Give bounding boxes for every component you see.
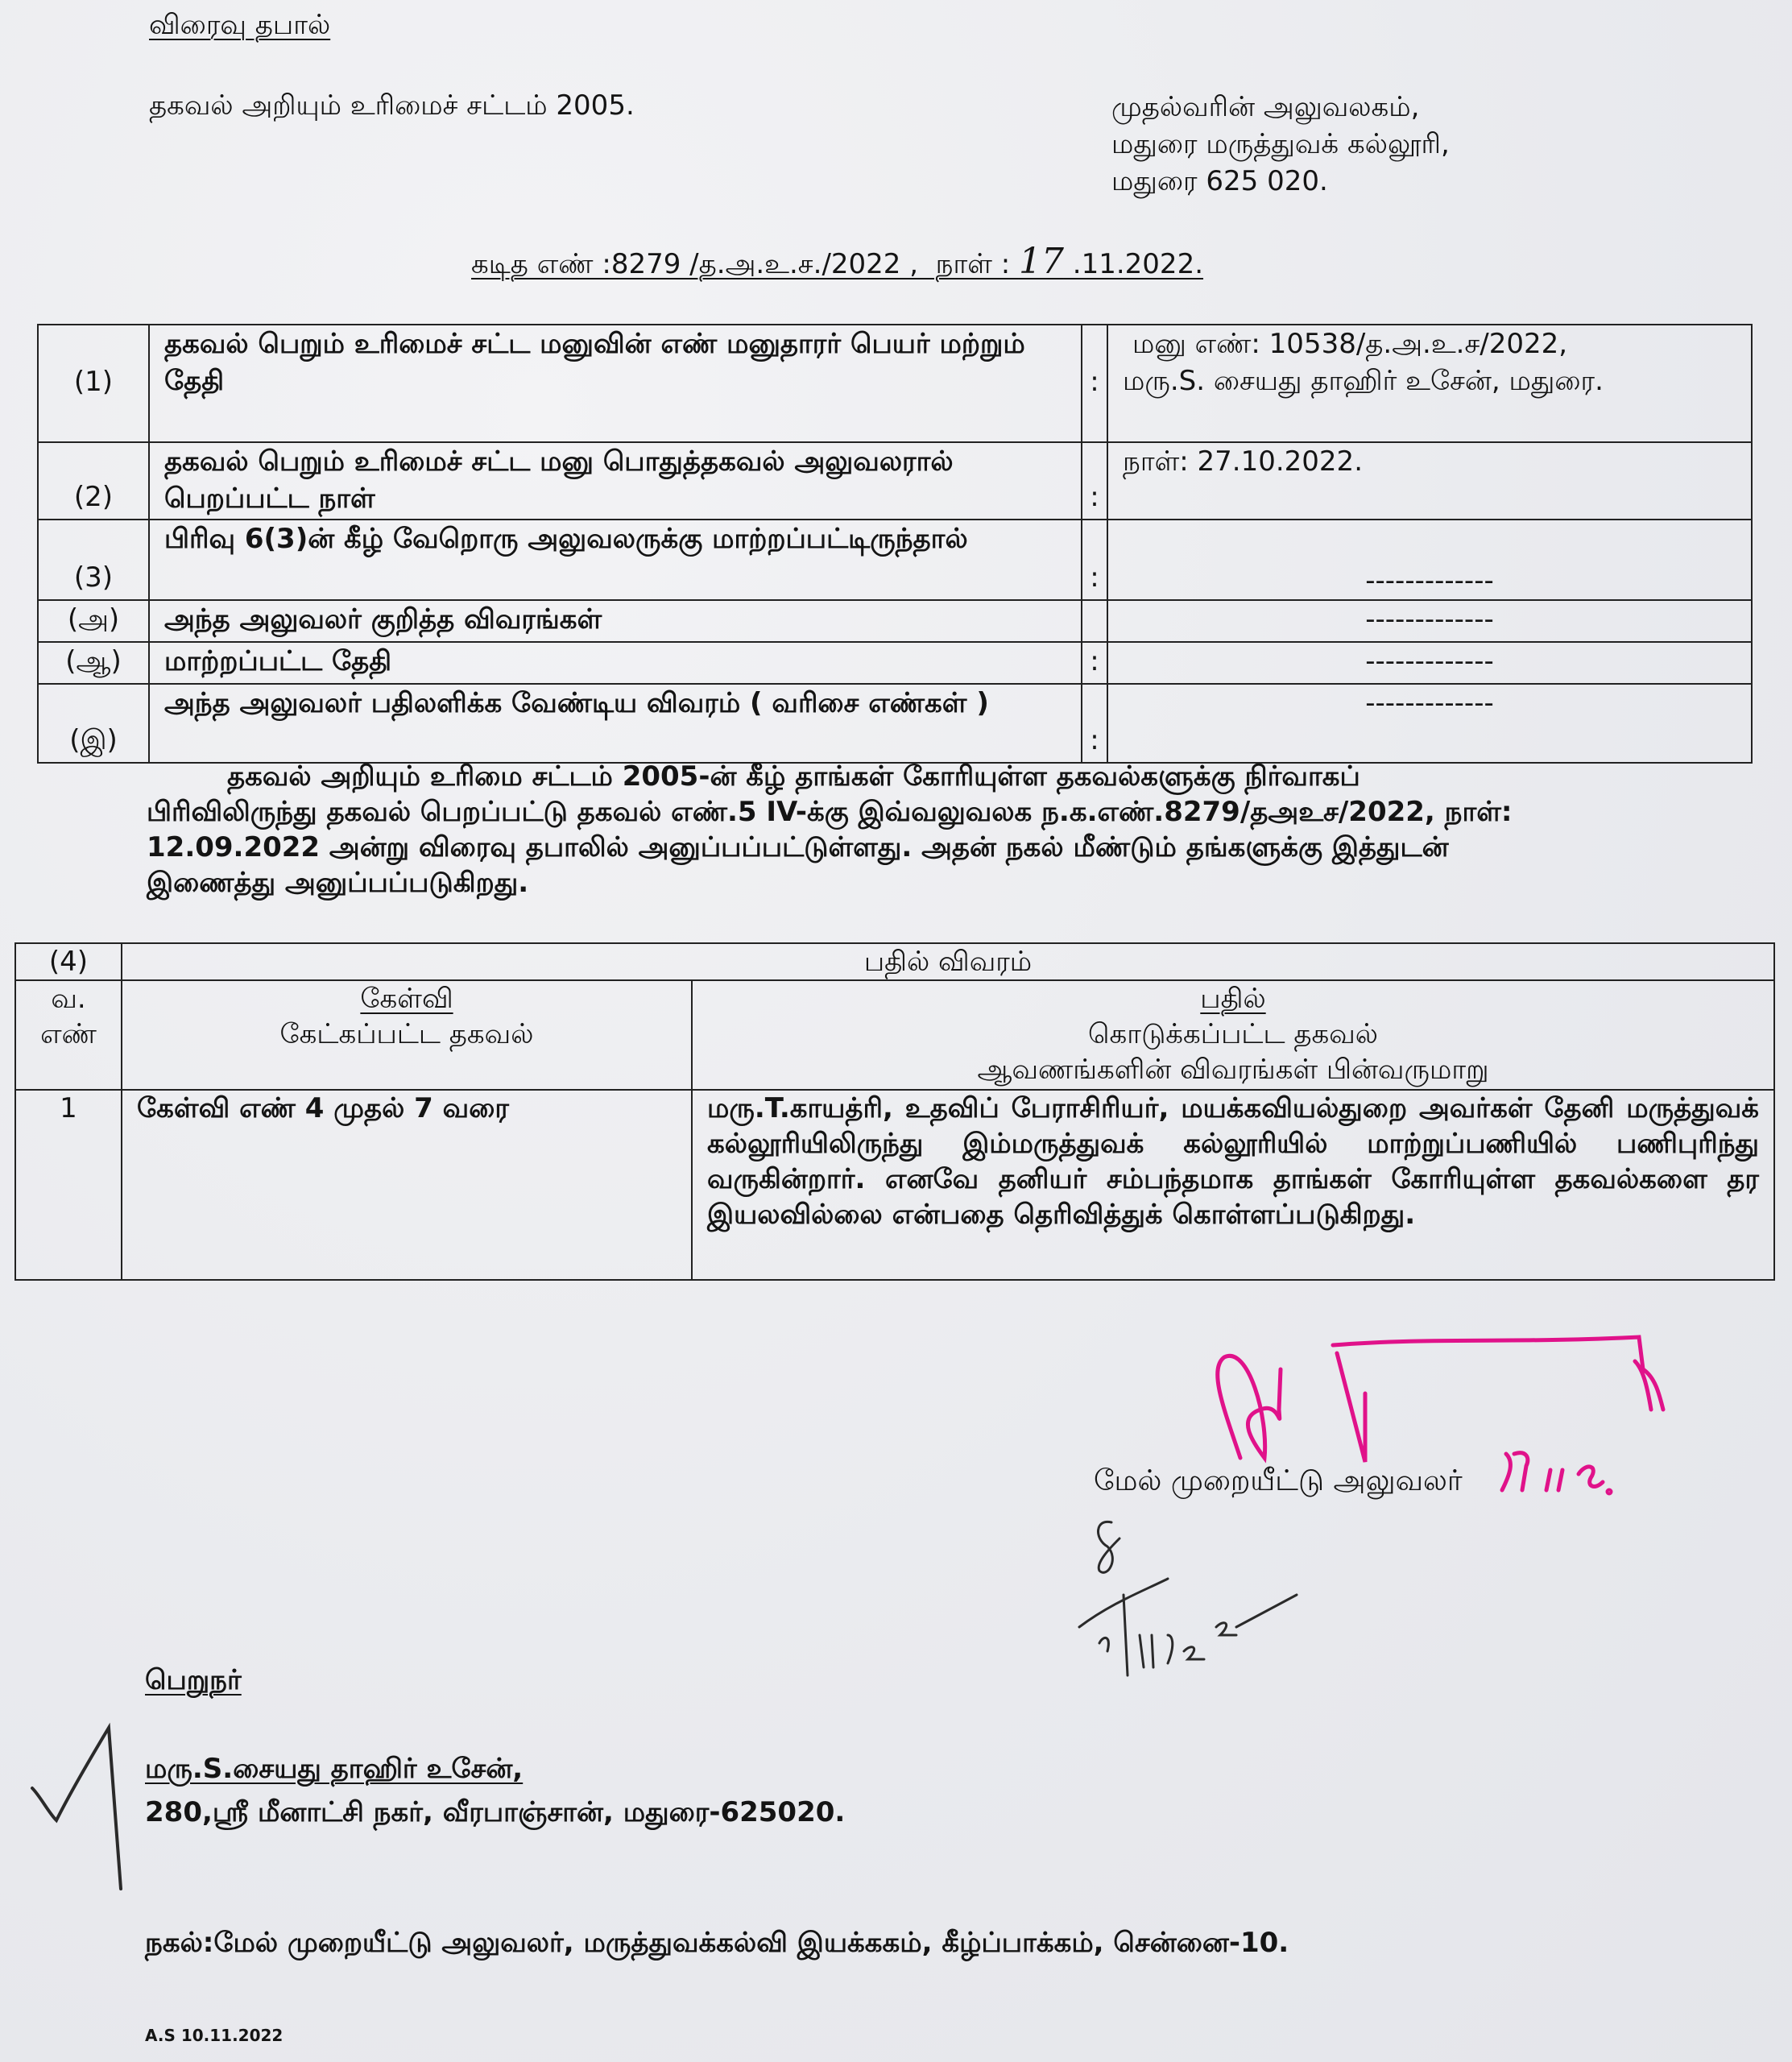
body-paragraph-text: தகவல் அறியும் உரிமை சட்டம் 2005-ன் கீழ் … xyxy=(147,760,1513,899)
row-value: மனு எண்: 10538/த.அ.உ.ச/2022, மரு.S. சையத… xyxy=(1107,325,1752,442)
col-header-sno: வ. எண் xyxy=(15,980,122,1090)
handwritten-date-day: 17 xyxy=(1019,241,1064,282)
reply-table: (4) பதில் விவரம் வ. எண் கேள்வி கேட்கப்பட… xyxy=(14,942,1775,1281)
reply-sno: 1 xyxy=(15,1090,122,1280)
col-header-question-sub: கேட்கப்பட்ட தகவல் xyxy=(137,1017,677,1052)
row-number: (ஆ) xyxy=(38,642,149,684)
row-colon: : xyxy=(1082,642,1107,684)
application-number: மனு எண்: 10538/த.அ.உ.ச/2022, xyxy=(1123,325,1736,362)
letter-reference: கடித எண் :8279 /த.அ.உ.ச./2022 , நாள் : 1… xyxy=(471,243,1203,283)
row-colon: : xyxy=(1082,442,1107,520)
initials-date-icon xyxy=(1063,1514,1329,1675)
address-line: முதல்வரின் அலுவலகம், xyxy=(1111,89,1450,126)
row-number: (3) xyxy=(38,520,149,600)
reply-column-headers: வ. எண் கேள்வி கேட்கப்பட்ட தகவல் பதில் கொ… xyxy=(15,980,1774,1090)
handwritten-date-icon xyxy=(1498,1442,1691,1506)
applicant-name: மரு.S. சையது தாஹிர் உசேன், மதுரை. xyxy=(1123,362,1736,400)
recipient-name: மரு.S.சையது தாஹிர் உசேன், xyxy=(145,1751,845,1787)
table-row: (2) தகவல் பெறும் உரிமைச் சட்ட மனு பொதுத்… xyxy=(38,442,1752,520)
row-label: மாற்றப்பட்ட தேதி xyxy=(149,642,1082,684)
section-title: பதில் விவரம் xyxy=(122,943,1774,980)
table-row: (ஆ) மாற்றப்பட்ட தேதி : ------------- xyxy=(38,642,1752,684)
reply-section-header: (4) பதில் விவரம் xyxy=(15,943,1774,980)
col-header-answer-title: பதில் xyxy=(707,981,1759,1017)
row-number: (1) xyxy=(38,325,149,442)
signatory-title: மேல் முறையீட்டு அலுவலர் xyxy=(1094,1464,1463,1501)
row-number: (அ) xyxy=(38,600,149,642)
table-row: 1 கேள்வி எண் 4 முதல் 7 வரை மரு.T.காயத்ரி… xyxy=(15,1090,1774,1280)
reply-question: கேள்வி எண் 4 முதல் 7 வரை xyxy=(122,1090,692,1280)
received-date: நாள்: 27.10.2022. xyxy=(1107,442,1752,520)
row-colon: : xyxy=(1082,684,1107,763)
letter-date-suffix: .11.2022. xyxy=(1064,248,1203,280)
letter-ref-text: கடித எண் :8279 /த.அ.உ.ச./2022 , நாள் : xyxy=(471,248,1019,280)
details-table: (1) தகவல் பெறும் உரிமைச் சட்ட மனுவின் எண… xyxy=(37,324,1753,764)
row-label: தகவல் பெறும் உரிமைச் சட்ட மனு பொதுத்தகவல… xyxy=(149,442,1082,520)
row-colon: : xyxy=(1082,520,1107,600)
col-header-question-title: கேள்வி xyxy=(137,981,677,1017)
address-line: மதுரை 625 020. xyxy=(1111,163,1450,200)
row-colon: : xyxy=(1082,325,1107,442)
table-row: (1) தகவல் பெறும் உரிமைச் சட்ட மனுவின் எண… xyxy=(38,325,1752,442)
row-label: தகவல் பெறும் உரிமைச் சட்ட மனுவின் எண் மன… xyxy=(149,325,1082,442)
table-row: (3) பிரிவு 6(3)ன் கீழ் வேறொரு அலுவலருக்க… xyxy=(38,520,1752,600)
col-header-sno-line: வ. xyxy=(16,981,121,1017)
table-row: (அ) அந்த அலுவலர் குறித்த விவரங்கள் -----… xyxy=(38,600,1752,642)
col-header-sno-line: எண் xyxy=(16,1017,121,1052)
recipient-block: பெறுநர் மரு.S.சையது தாஹிர் உசேன், 280,ஸ்… xyxy=(145,1662,845,1830)
row-number: (2) xyxy=(38,442,149,520)
section-number: (4) xyxy=(15,943,122,980)
post-type-label: விரைவு தபால் xyxy=(149,6,330,43)
col-header-answer: பதில் கொடுக்கப்பட்ட தகவல் ஆவணங்களின் விவ… xyxy=(692,980,1774,1090)
row-number: (இ) xyxy=(38,684,149,763)
row-label: பிரிவு 6(3)ன் கீழ் வேறொரு அலுவலருக்கு மா… xyxy=(149,520,1082,600)
copy-to: நகல்:மேல் முறையீட்டு அலுவலர், மருத்துவக்… xyxy=(145,1927,1289,1962)
footer-initials: A.S 10.11.2022 xyxy=(145,2026,283,2045)
checkmark-icon xyxy=(24,1724,137,1901)
table-row: (இ) அந்த அலுவலர் பதிலளிக்க வேண்டிய விவரம… xyxy=(38,684,1752,763)
act-title: தகவல் அறியும் உரிமைச் சட்டம் 2005. xyxy=(149,87,635,124)
address-line: மதுரை மருத்துவக் கல்லூரி, xyxy=(1111,126,1450,163)
recipient-label: பெறுநர் xyxy=(145,1662,845,1698)
body-paragraph: தகவல் அறியும் உரிமை சட்டம் 2005-ன் கீழ் … xyxy=(147,759,1532,901)
row-label: அந்த அலுவலர் பதிலளிக்க வேண்டிய விவரம் ( … xyxy=(149,684,1082,763)
row-colon xyxy=(1082,600,1107,642)
col-header-question: கேள்வி கேட்கப்பட்ட தகவல் xyxy=(122,980,692,1090)
row-value-dash: ------------- xyxy=(1107,520,1752,600)
row-value-dash: ------------- xyxy=(1107,600,1752,642)
recipient-address: 280,ஸ்ரீ மீனாட்சி நகர், வீரபாஞ்சான், மது… xyxy=(145,1795,845,1830)
row-value-dash: ------------- xyxy=(1107,642,1752,684)
col-header-answer-sub: ஆவணங்களின் விவரங்கள் பின்வருமாறு xyxy=(707,1052,1759,1087)
row-value-dash: ------------- xyxy=(1107,684,1752,763)
row-label: அந்த அலுவலர் குறித்த விவரங்கள் xyxy=(149,600,1082,642)
reply-answer: மரு.T.காயத்ரி, உதவிப் பேராசிரியர், மயக்க… xyxy=(692,1090,1774,1280)
office-address: முதல்வரின் அலுவலகம், மதுரை மருத்துவக் கல… xyxy=(1111,89,1450,200)
col-header-answer-sub: கொடுக்கப்பட்ட தகவல் xyxy=(707,1017,1759,1052)
